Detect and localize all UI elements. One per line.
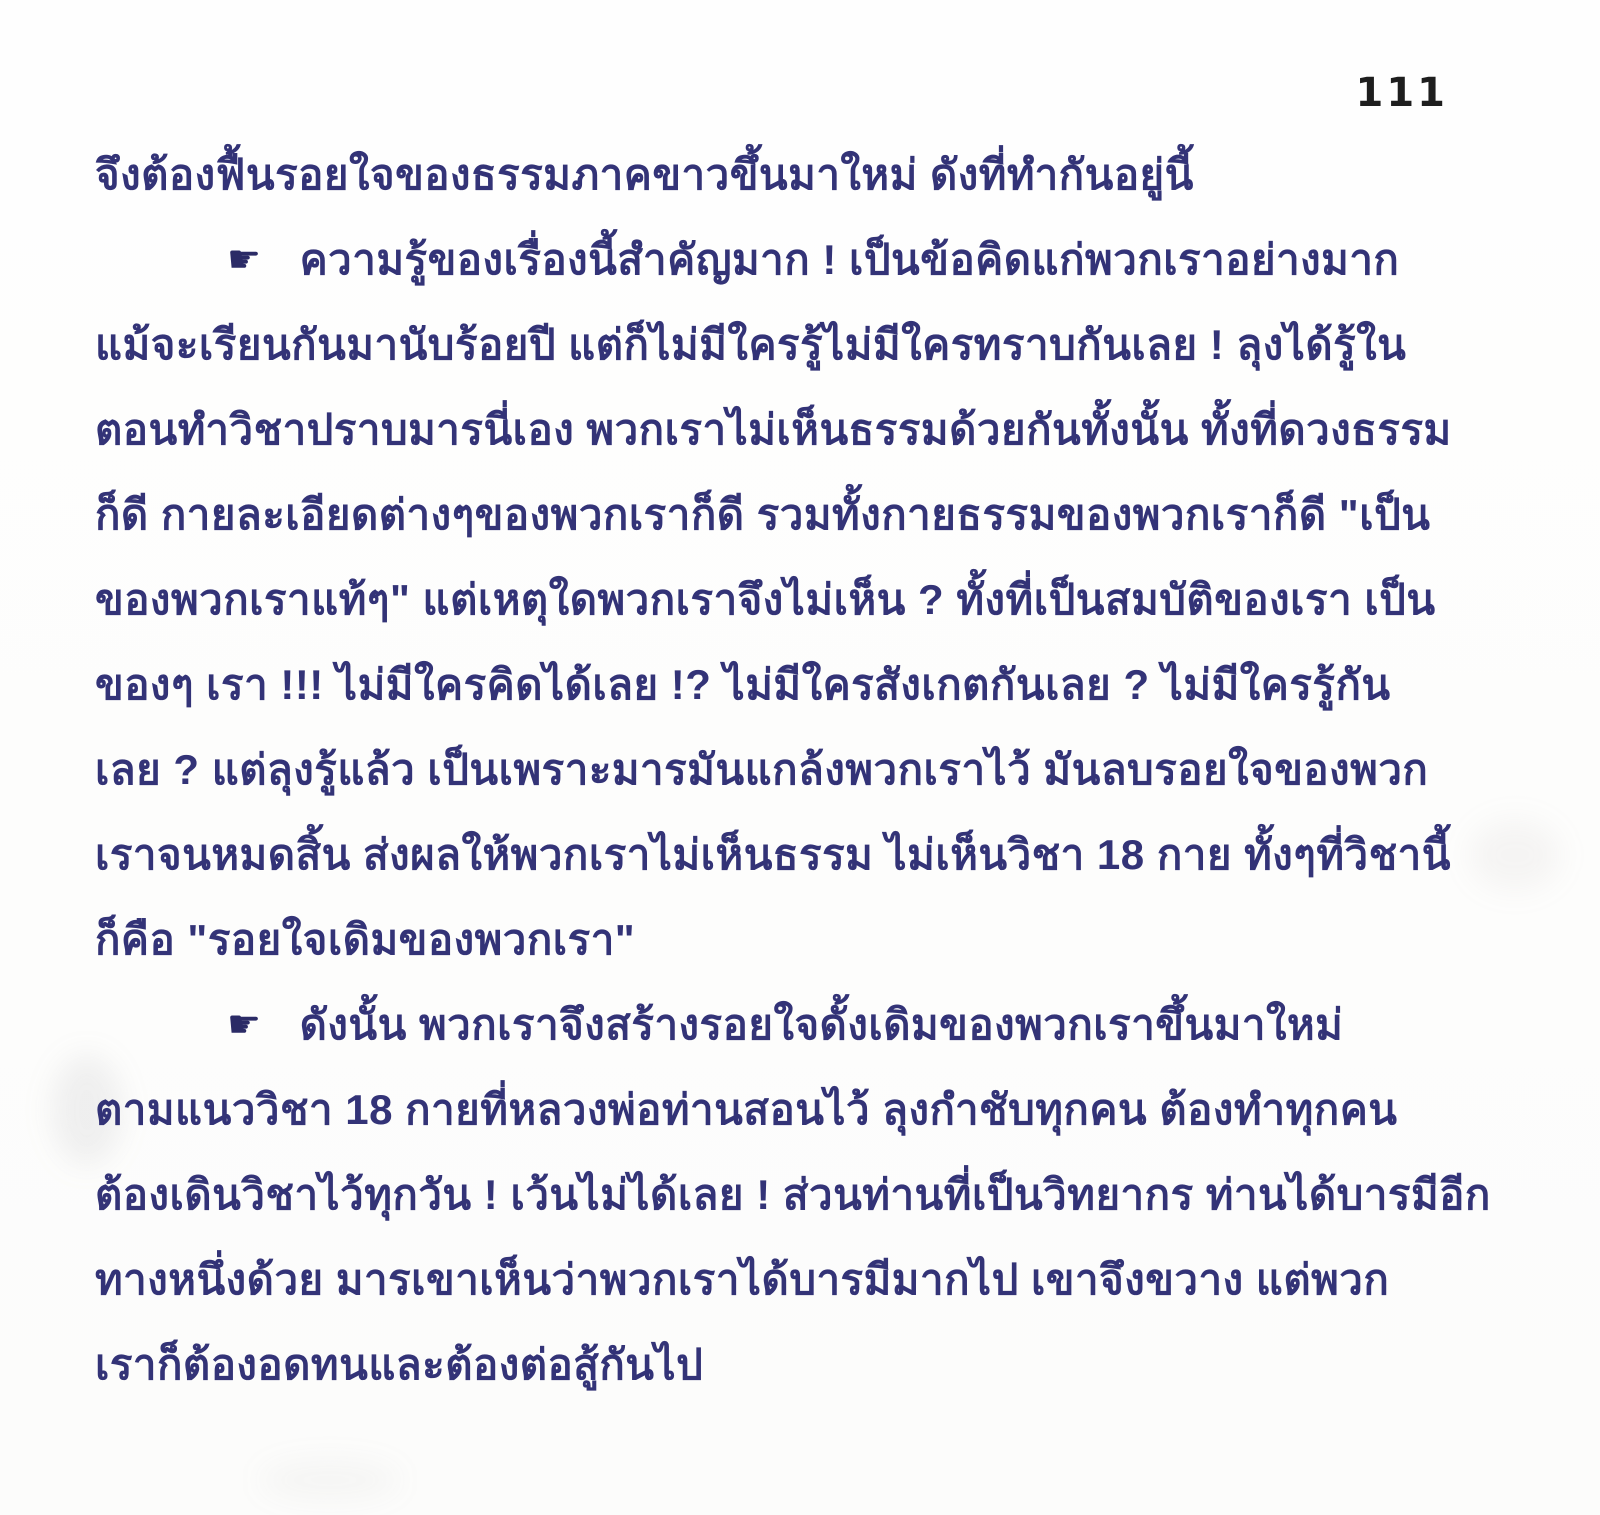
text-line: ของๆ เรา !!! ไม่มีใครคิดได้เลย !? ไม่มีใ… [95,642,1485,727]
text-line: ก็ดี กายละเอียดต่างๆของพวกเราก็ดี รวมทั้… [95,472,1485,557]
page-number: 111 [1356,70,1449,116]
text-line: ตอนทำวิชาปราบมารนี่เอง พวกเราไม่เห็นธรรม… [95,387,1485,472]
paragraph-start-line: ☛ดังนั้น พวกเราจึงสร้างรอยใจดั้งเดิมของพ… [95,982,1485,1067]
text-line: ความรู้ของเรื่องนี้สำคัญมาก ! เป็นข้อคิด… [300,236,1400,283]
scanned-book-page: 111 จึงต้องฟื้นรอยใจของธรรมภาคขาวขึ้นมาใ… [0,0,1600,1515]
text-line: เราก็ต้องอดทนและต้องต่อสู้กันไป [95,1322,1485,1407]
scan-smudge [260,1460,400,1500]
text-line: ทางหนึ่งด้วย มารเขาเห็นว่าพวกเราได้บารมี… [95,1237,1485,1322]
text-line: ของพวกเราแท้ๆ" แต่เหตุใดพวกเราจึงไม่เห็น… [95,557,1485,642]
text-line: เราจนหมดสิ้น ส่งผลให้พวกเราไม่เห็นธรรม ไ… [95,812,1485,897]
pointing-hand-icon: ☛ [227,982,262,1067]
text-line: ตามแนววิชา 18 กายที่หลวงพ่อท่านสอนไว้ ลุ… [95,1067,1485,1152]
text-line: จึงต้องฟื้นรอยใจของธรรมภาคขาวขึ้นมาใหม่ … [95,132,1485,217]
body-text-block: จึงต้องฟื้นรอยใจของธรรมภาคขาวขึ้นมาใหม่ … [95,132,1485,1407]
text-line: เลย ? แต่ลุงรู้แล้ว เป็นเพราะมารมันแกล้ง… [95,727,1485,812]
text-line: ก็คือ "รอยใจเดิมของพวกเรา" [95,897,1485,982]
pointing-hand-icon: ☛ [227,217,262,302]
text-line: แม้จะเรียนกันมานับร้อยปี แต่ก็ไม่มีใครรู… [95,302,1485,387]
text-line: ต้องเดินวิชาไว้ทุกวัน ! เว้นไม่ได้เลย ! … [95,1152,1485,1237]
text-line: ดังนั้น พวกเราจึงสร้างรอยใจดั้งเดิมของพว… [300,1001,1344,1048]
paragraph-start-line: ☛ความรู้ของเรื่องนี้สำคัญมาก ! เป็นข้อคิ… [95,217,1485,302]
